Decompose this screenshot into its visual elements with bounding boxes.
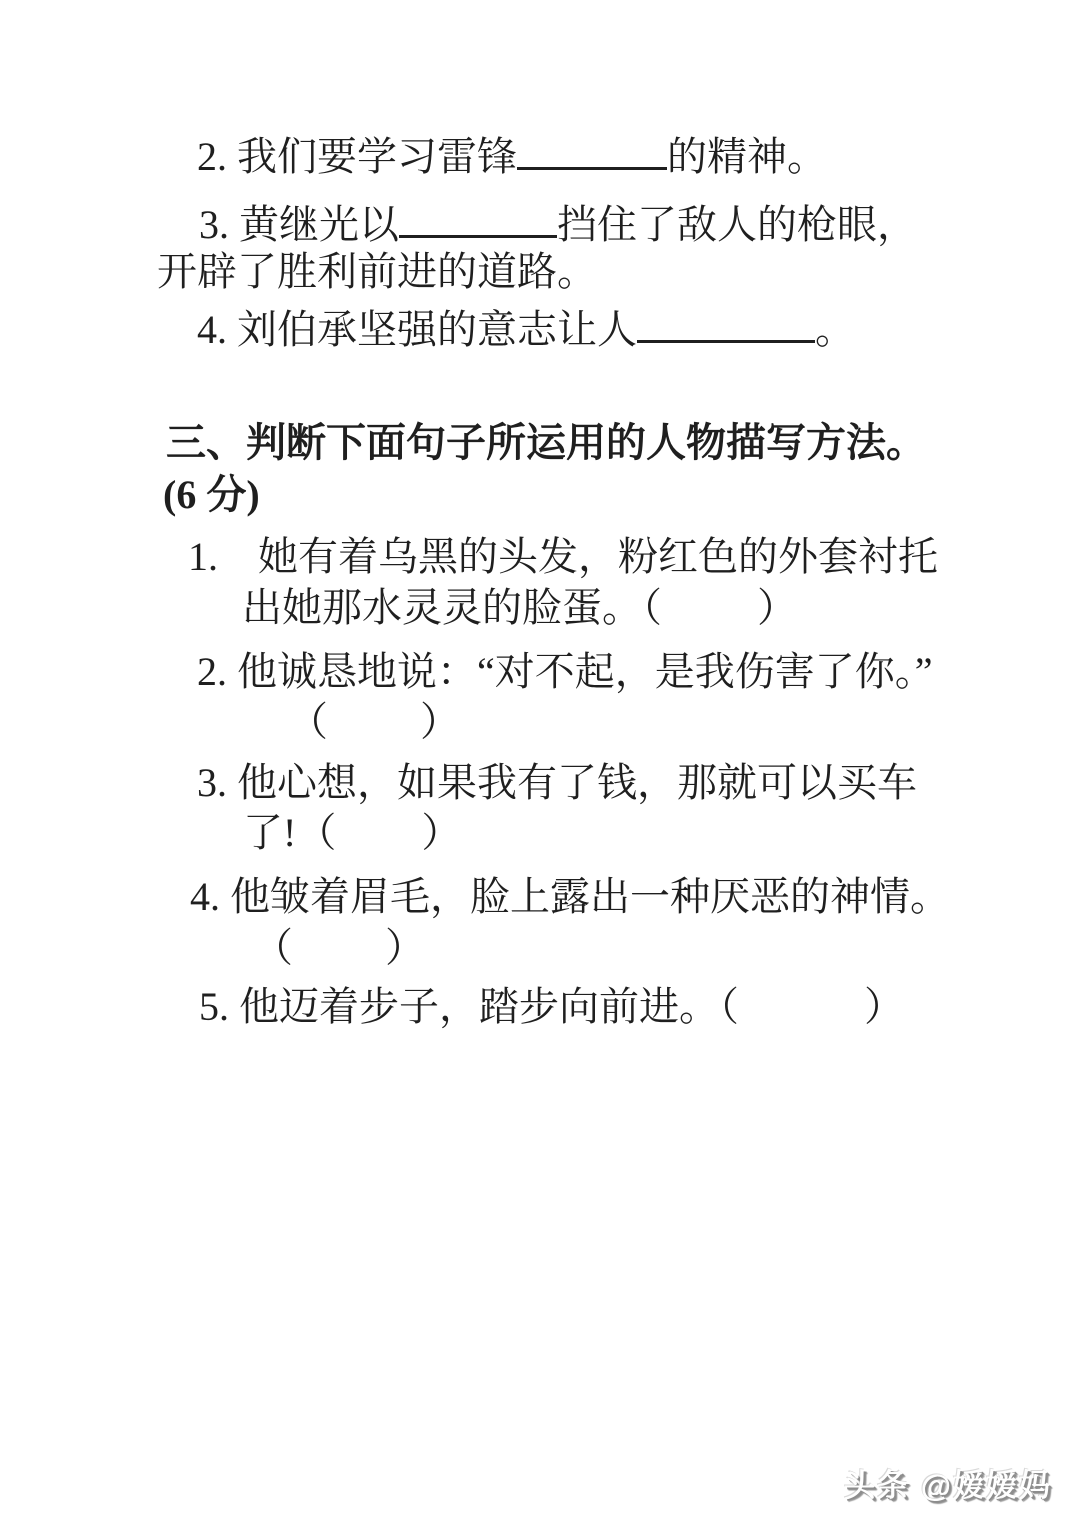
text-run: 的精神。 <box>667 134 827 179</box>
judge-item-2-line-2: （） <box>288 693 460 751</box>
judge-item-3-line-2: 了!（） <box>243 804 461 862</box>
judge-item-1-line-2: 出她那水灵灵的脸蛋。（） <box>242 579 797 637</box>
text-run: ） <box>420 699 460 744</box>
text-run: 出她那水灵灵的脸蛋。（ <box>242 585 662 630</box>
paren-answer-space <box>328 733 420 735</box>
text-run: 1. <box>188 534 218 579</box>
judge-item-4-line-2: （） <box>253 919 425 977</box>
text-run: 开辟了胜利前进的道路。 <box>157 249 597 294</box>
text-run: ） <box>421 810 461 855</box>
paren-answer-space <box>739 1018 864 1020</box>
text-run: 。 <box>815 307 855 352</box>
text-run: (6 分) <box>163 472 260 517</box>
answer-blank-line <box>637 336 815 343</box>
text-run: 2. 我们要学习雷锋 <box>197 134 517 179</box>
text-run: 了!（ <box>243 810 336 855</box>
text-run: （ <box>288 699 328 744</box>
text-run: 2. 他诚恳地说：“对不起，是我伤害了你。” <box>197 649 933 694</box>
text-run: 5. 他迈着步子，踏步向前进。（ <box>199 984 739 1029</box>
judge-section-points: (6 分) <box>163 466 260 524</box>
text-run: （ <box>253 925 293 970</box>
fill-item-3-line-2: 开辟了胜利前进的道路。 <box>157 243 597 301</box>
judge-item-5: 5. 他迈着步子，踏步向前进。（） <box>199 978 904 1036</box>
fill-item-4: 4. 刘伯承坚强的意志让人。 <box>197 301 855 359</box>
text-run: 她有着乌黑的头发，粉红色的外套衬托 <box>258 534 938 579</box>
judge-item-1-line-1: 1.她有着乌黑的头发，粉红色的外套衬托 <box>188 528 938 586</box>
toutiao-watermark: 头条 @嫒嫒妈 <box>844 1464 1052 1508</box>
paren-answer-space <box>336 844 421 846</box>
text-run: ） <box>385 925 425 970</box>
judge-item-4-line-1: 4. 他皱着眉毛，脸上露出一种厌恶的神情。 <box>190 868 950 926</box>
text-run: ） <box>757 585 797 630</box>
answer-blank-line <box>399 231 557 238</box>
paren-answer-space <box>662 619 757 621</box>
text-run: 3. 黄继光以 <box>199 202 399 247</box>
paren-answer-space <box>218 568 258 570</box>
text-run: 3. 他心想，如果我有了钱，那就可以买车 <box>197 760 917 805</box>
text-run: 4. 刘伯承坚强的意志让人 <box>197 307 637 352</box>
text-run: ） <box>864 984 904 1029</box>
answer-blank-line <box>517 163 667 170</box>
worksheet-page: 2. 我们要学习雷锋的精神。3. 黄继光以挡住了敌人的枪眼，开辟了胜利前进的道路… <box>0 0 1080 1527</box>
paren-answer-space <box>293 959 385 961</box>
fill-item-2: 2. 我们要学习雷锋的精神。 <box>197 128 827 186</box>
judge-section-heading: 三、判断下面句子所运用的人物描写方法。 <box>166 414 926 472</box>
text-run: 4. 他皱着眉毛，脸上露出一种厌恶的神情。 <box>190 874 950 919</box>
text-run: 三、判断下面句子所运用的人物描写方法。 <box>166 420 926 465</box>
text-run: 挡住了敌人的枪眼， <box>557 202 917 247</box>
